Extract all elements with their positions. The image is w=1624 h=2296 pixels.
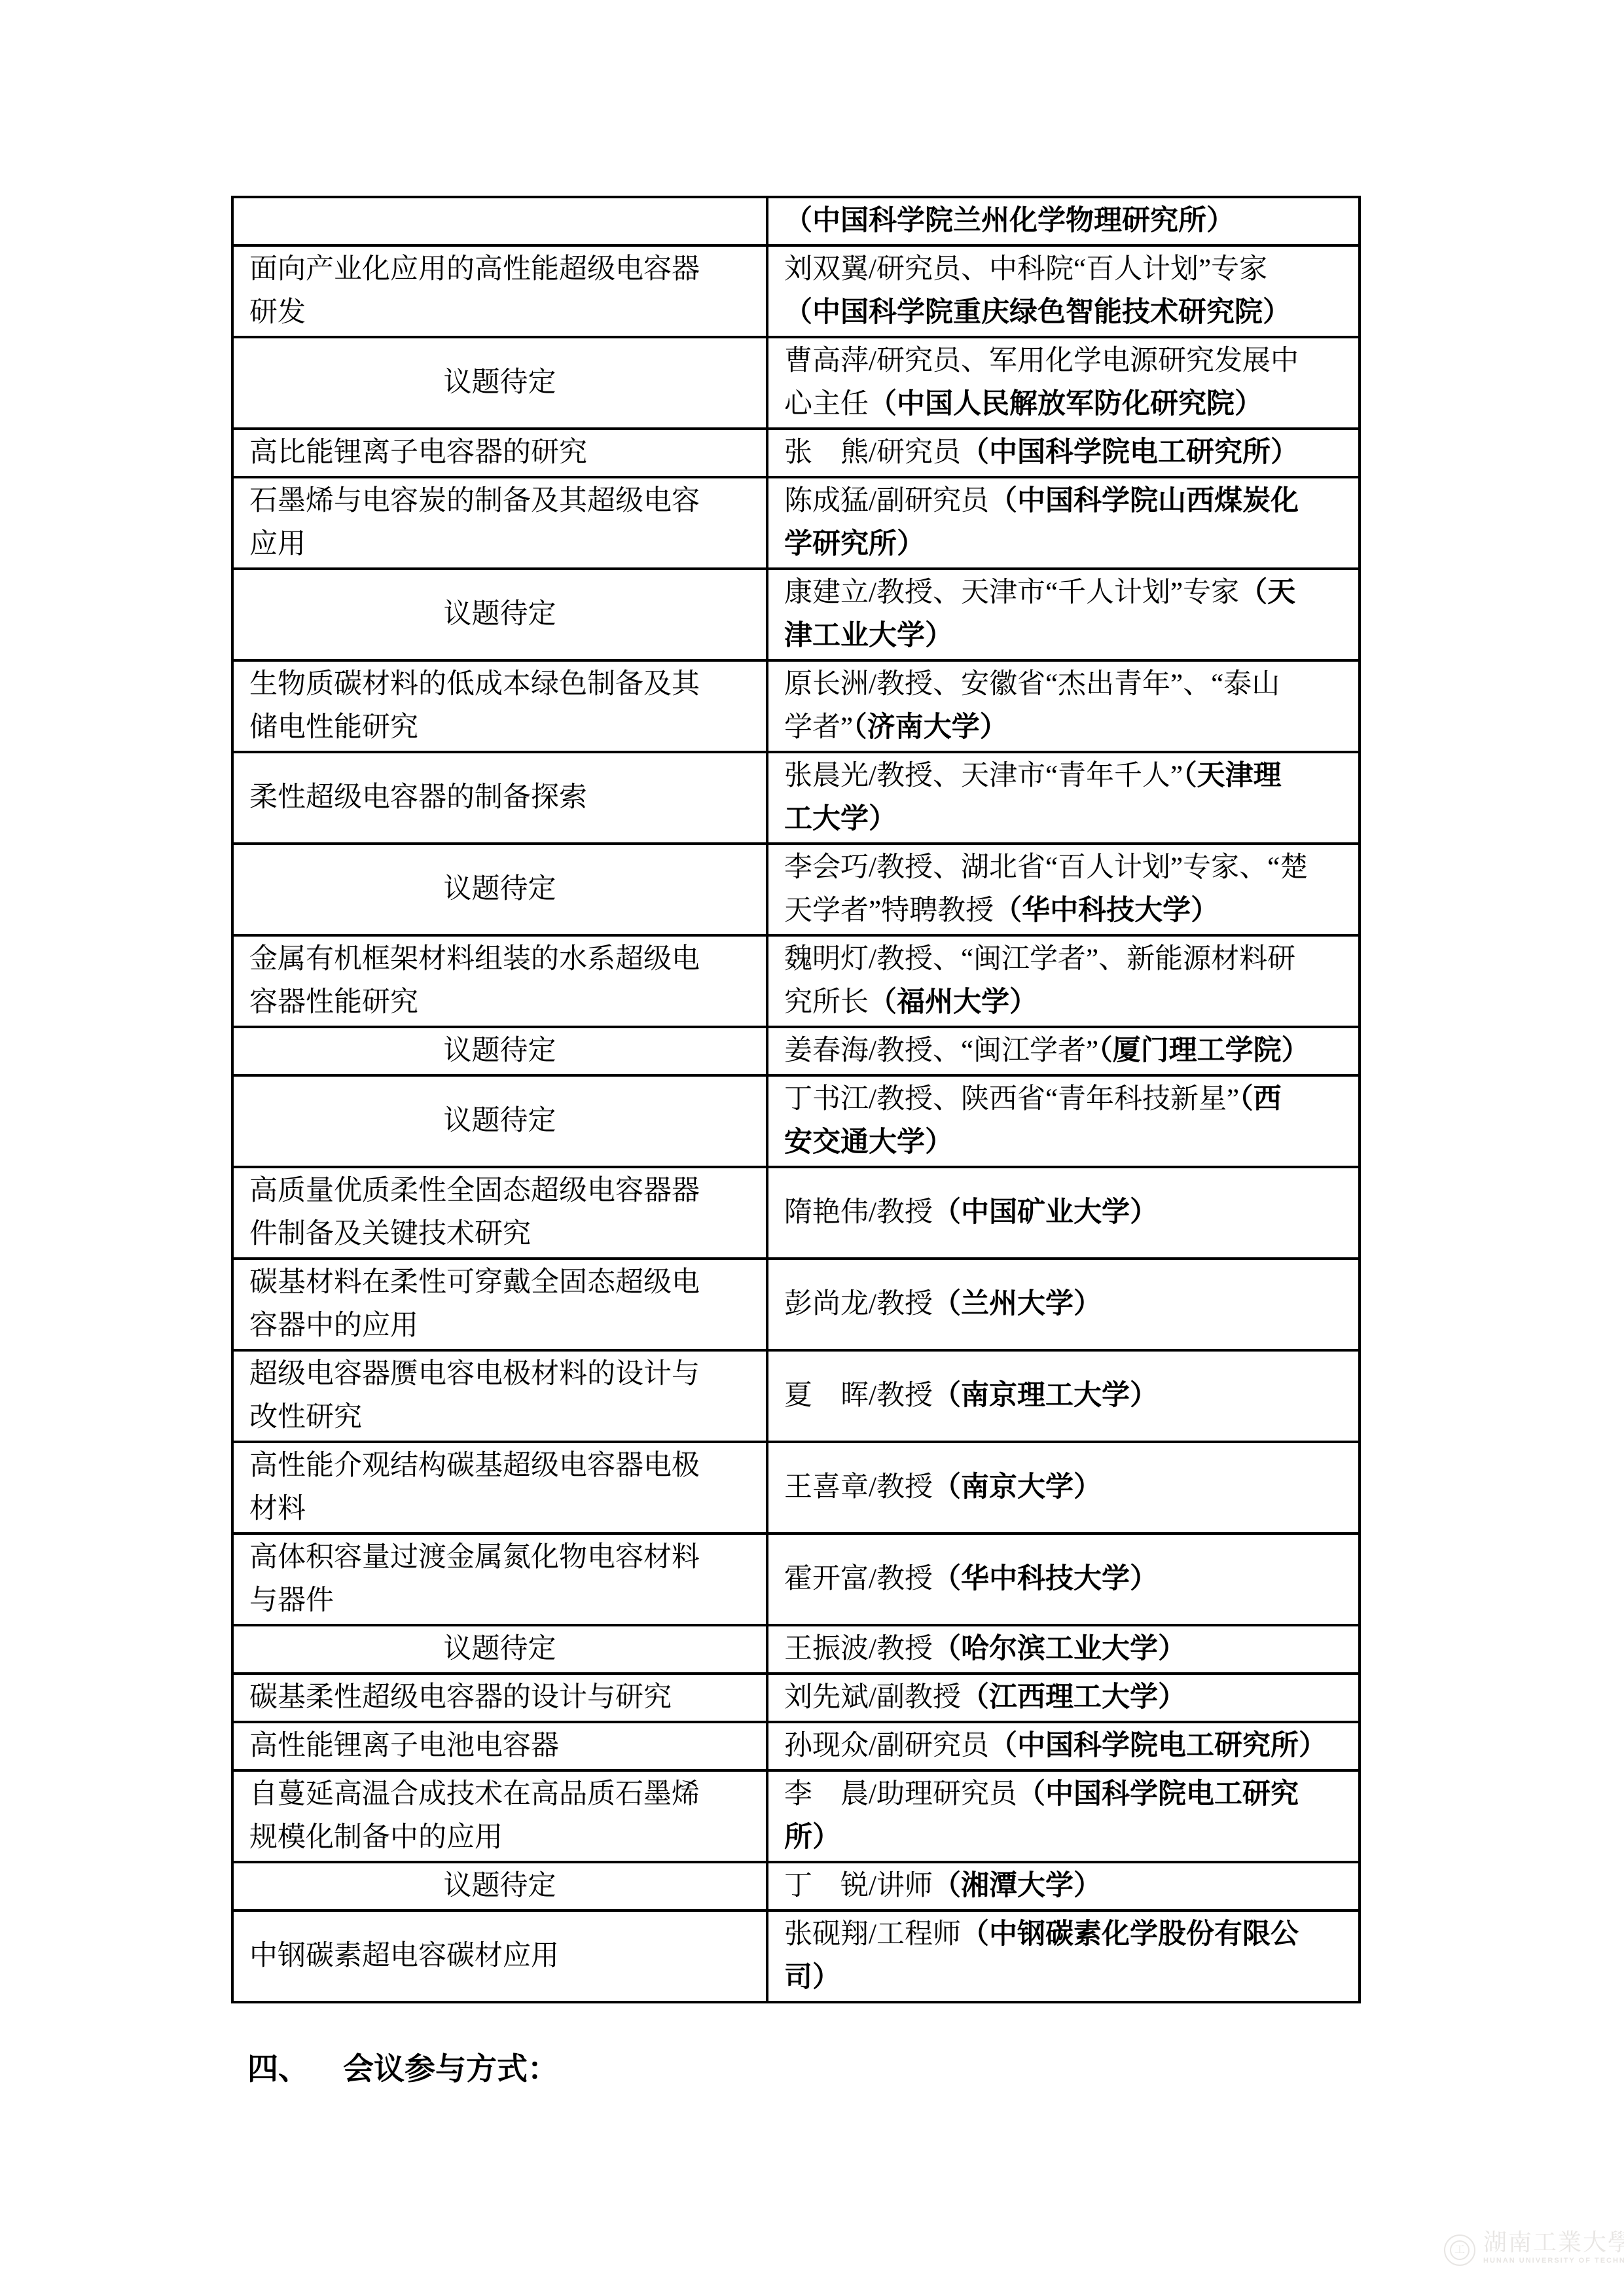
topic-cell <box>232 197 767 245</box>
speaker-institution-text: 司） <box>784 1962 840 1993</box>
speaker-name-text: 心主任 <box>784 389 869 420</box>
speaker-institution-text: （中国科学院电工研究所） <box>961 437 1299 468</box>
speaker-name-text: 王振波/教授 <box>784 1634 933 1664</box>
speaker-institution-text: （南京大学） <box>933 1472 1102 1503</box>
speaker-cell: 李会巧/教授、湖北省“百人计划”专家、“楚天学者”特聘教授（华中科技大学） <box>767 844 1360 935</box>
speaker-institution-text: （天津理 <box>1183 761 1282 791</box>
speaker-institution-text: （福州大学） <box>869 987 1038 1018</box>
speaker-institution-text: （济南大学） <box>853 712 1008 743</box>
speaker-cell: （中国科学院兰州化学物理研究所） <box>767 197 1360 245</box>
speaker-name-text: 隋艳伟/教授 <box>784 1197 933 1228</box>
speaker-name-text: 丁书江/教授、陕西省“青年科技新星” <box>784 1084 1239 1115</box>
speaker-institution-text: （兰州大学） <box>933 1289 1102 1319</box>
speaker-name-text: 李会巧/教授、湖北省“百人计划”专家、“楚 <box>784 852 1308 883</box>
table-row: 柔性超级电容器的制备探索张晨光/教授、天津市“青年千人”（天津理工大学） <box>232 752 1360 844</box>
speaker-institution-text: 安交通大学） <box>784 1127 953 1158</box>
speaker-cell: 彭尚龙/教授（兰州大学） <box>767 1259 1360 1350</box>
speaker-institution-text: （南京理工大学） <box>933 1380 1158 1411</box>
speaker-institution-text: （中国科学院兰州化学物理研究所） <box>784 206 1235 236</box>
speaker-institution-text: （中国科学院山西煤炭化 <box>989 486 1299 516</box>
speaker-name-text: 康建立/教授、天津市“千人计划”专家 <box>784 577 1239 608</box>
page: { "colors":{ "text":"#000000", "table_bo… <box>0 0 1624 2296</box>
speaker-name-text: 究所长 <box>784 987 869 1018</box>
topic-cell: 石墨烯与电容炭的制备及其超级电容应用 <box>232 477 767 569</box>
watermark-cn: 湖南工業大學 <box>1483 2228 1624 2257</box>
speaker-name-text: 天学者”特聘教授 <box>784 895 994 926</box>
speaker-cell: 孙现众/副研究员（中国科学院电工研究所） <box>767 1722 1360 1770</box>
speaker-institution-text: （中国科学院重庆绿色智能技术研究院） <box>784 297 1291 328</box>
speaker-cell: 张晨光/教授、天津市“青年千人”（天津理工大学） <box>767 752 1360 844</box>
speaker-institution-text: （湘潭大学） <box>933 1871 1102 1901</box>
table-row: 议题待定曹高萍/研究员、军用化学电源研究发展中心主任（中国人民解放军防化研究院） <box>232 337 1360 429</box>
speaker-cell: 李 晨/助理研究员（中国科学院电工研究所） <box>767 1770 1360 1862</box>
speaker-cell: 张 熊/研究员（中国科学院电工研究所） <box>767 429 1360 477</box>
speaker-name-text: 刘先斌/副教授 <box>784 1682 961 1713</box>
speaker-name-text: 学者” <box>784 712 853 743</box>
table-row: 生物质碳材料的低成本绿色制备及其储电性能研究原长洲/教授、安徽省“杰出青年”、“… <box>232 660 1360 752</box>
speaker-cell: 陈成猛/副研究员（中国科学院山西煤炭化学研究所） <box>767 477 1360 569</box>
section-heading: 四、会议参与方式： <box>247 2051 558 2088</box>
speaker-cell: 刘双翼/研究员、中科院“百人计划”专家（中国科学院重庆绿色智能技术研究院） <box>767 245 1360 337</box>
topic-cell: 议题待定 <box>232 1625 767 1674</box>
agenda-table-body: （中国科学院兰州化学物理研究所）面向产业化应用的高性能超级电容器研发刘双翼/研究… <box>232 197 1360 2002</box>
speaker-institution-text: （华中科技大学） <box>994 895 1219 926</box>
table-row: 超级电容器赝电容电极材料的设计与改性研究夏 晖/教授（南京理工大学） <box>232 1350 1360 1442</box>
table-row: 议题待定姜春海/教授、“闽江学者”（厦门理工学院） <box>232 1027 1360 1075</box>
watermark-text: 湖南工業大學 HUNAN UNIVERSITY OF TECHNOLOGY <box>1483 2228 1624 2265</box>
speaker-name-text: 霍开富/教授 <box>784 1564 933 1594</box>
speaker-institution-text: （江西理工大学） <box>961 1682 1186 1713</box>
topic-cell: 议题待定 <box>232 569 767 660</box>
table-row: 高性能介观结构碳基超级电容器电极材料王喜章/教授（南京大学） <box>232 1442 1360 1534</box>
watermark-en: HUNAN UNIVERSITY OF TECHNOLOGY <box>1483 2257 1624 2265</box>
watermark: 工 湖南工業大學 HUNAN UNIVERSITY OF TECHNOLOGY <box>1444 2228 1624 2266</box>
table-row: 金属有机框架材料组装的水系超级电容器性能研究魏明灯/教授、“闽江学者”、新能源材… <box>232 935 1360 1027</box>
speaker-name-text: 孙现众/副研究员 <box>784 1731 989 1761</box>
topic-cell: 高质量优质柔性全固态超级电容器器件制备及关键技术研究 <box>232 1167 767 1259</box>
speaker-cell: 丁 锐/讲师（湘潭大学） <box>767 1862 1360 1910</box>
speaker-name-text: 李 晨/助理研究员 <box>784 1779 1017 1810</box>
speaker-cell: 魏明灯/教授、“闽江学者”、新能源材料研究所长（福州大学） <box>767 935 1360 1027</box>
table-row: 自蔓延高温合成技术在高品质石墨烯规模化制备中的应用李 晨/助理研究员（中国科学院… <box>232 1770 1360 1862</box>
seal-glyph: 工 <box>1445 2236 1474 2265</box>
speaker-name-text: 张 熊/研究员 <box>784 437 961 468</box>
topic-cell: 高体积容量过渡金属氮化物电容材料与器件 <box>232 1534 767 1625</box>
speaker-cell: 张砚翔/工程师（中钢碳素化学股份有限公司） <box>767 1910 1360 2002</box>
topic-cell: 碳基柔性超级电容器的设计与研究 <box>232 1674 767 1722</box>
topic-cell: 超级电容器赝电容电极材料的设计与改性研究 <box>232 1350 767 1442</box>
speaker-name-text: 魏明灯/教授、“闽江学者”、新能源材料研 <box>784 944 1295 975</box>
speaker-name-text: 姜春海/教授、“闽江学者” <box>784 1035 1098 1066</box>
table-row: （中国科学院兰州化学物理研究所） <box>232 197 1360 245</box>
speaker-institution-text: （西 <box>1239 1084 1282 1115</box>
speaker-name-text: 刘双翼/研究员、中科院“百人计划”专家 <box>784 254 1267 285</box>
speaker-name-text: 张砚翔/工程师 <box>784 1919 961 1950</box>
table-row: 高质量优质柔性全固态超级电容器器件制备及关键技术研究隋艳伟/教授（中国矿业大学） <box>232 1167 1360 1259</box>
speaker-institution-text: （中钢碳素化学股份有限公 <box>961 1919 1299 1950</box>
topic-cell: 议题待定 <box>232 1075 767 1167</box>
heading-title: 会议参与方式： <box>343 2053 558 2087</box>
speaker-cell: 原长洲/教授、安徽省“杰出青年”、“泰山学者”（济南大学） <box>767 660 1360 752</box>
speaker-institution-text: （厦门理工学院） <box>1098 1035 1310 1066</box>
topic-cell: 高性能介观结构碳基超级电容器电极材料 <box>232 1442 767 1534</box>
speaker-institution-text: （中国科学院电工研究所） <box>989 1731 1327 1761</box>
speaker-cell: 王振波/教授（哈尔滨工业大学） <box>767 1625 1360 1674</box>
speaker-name-text: 王喜章/教授 <box>784 1472 933 1503</box>
table-row: 议题待定李会巧/教授、湖北省“百人计划”专家、“楚天学者”特聘教授（华中科技大学… <box>232 844 1360 935</box>
speaker-name-text: 陈成猛/副研究员 <box>784 486 989 516</box>
table-row: 碳基材料在柔性可穿戴全固态超级电容器中的应用彭尚龙/教授（兰州大学） <box>232 1259 1360 1350</box>
topic-cell: 中钢碳素超电容碳材应用 <box>232 1910 767 2002</box>
speaker-cell: 王喜章/教授（南京大学） <box>767 1442 1360 1534</box>
table-row: 高体积容量过渡金属氮化物电容材料与器件霍开富/教授（华中科技大学） <box>232 1534 1360 1625</box>
speaker-cell: 刘先斌/副教授（江西理工大学） <box>767 1674 1360 1722</box>
table-row: 议题待定王振波/教授（哈尔滨工业大学） <box>232 1625 1360 1674</box>
table-row: 高性能锂离子电池电容器孙现众/副研究员（中国科学院电工研究所） <box>232 1722 1360 1770</box>
speaker-name-text: 曹高萍/研究员、军用化学电源研究发展中 <box>784 346 1299 376</box>
speaker-institution-text: （中国科学院电工研究 <box>1017 1779 1299 1810</box>
speaker-name-text: 丁 锐/讲师 <box>784 1871 933 1901</box>
university-seal-icon: 工 <box>1444 2234 1475 2266</box>
speaker-cell: 姜春海/教授、“闽江学者”（厦门理工学院） <box>767 1027 1360 1075</box>
table-row: 面向产业化应用的高性能超级电容器研发刘双翼/研究员、中科院“百人计划”专家（中国… <box>232 245 1360 337</box>
topic-cell: 议题待定 <box>232 1027 767 1075</box>
table-row: 议题待定丁书江/教授、陕西省“青年科技新星”（西安交通大学） <box>232 1075 1360 1167</box>
speaker-institution-text: （天 <box>1239 577 1295 608</box>
topic-cell: 柔性超级电容器的制备探索 <box>232 752 767 844</box>
speaker-name-text: 张晨光/教授、天津市“青年千人” <box>784 761 1183 791</box>
speaker-name-text: 原长洲/教授、安徽省“杰出青年”、“泰山 <box>784 669 1280 700</box>
table-row: 议题待定丁 锐/讲师（湘潭大学） <box>232 1862 1360 1910</box>
speaker-cell: 隋艳伟/教授（中国矿业大学） <box>767 1167 1360 1259</box>
speaker-institution-text: （华中科技大学） <box>933 1564 1158 1594</box>
speaker-institution-text: 工大学） <box>784 804 897 834</box>
heading-number: 四、 <box>247 2053 309 2087</box>
speaker-name-text: 夏 晖/教授 <box>784 1380 933 1411</box>
speaker-institution-text: 所） <box>784 1822 840 1853</box>
topic-cell: 议题待定 <box>232 337 767 429</box>
topic-cell: 金属有机框架材料组装的水系超级电容器性能研究 <box>232 935 767 1027</box>
speaker-institution-text: （中国人民解放军防化研究院） <box>869 389 1263 420</box>
topic-cell: 议题待定 <box>232 1862 767 1910</box>
speaker-institution-text: （中国矿业大学） <box>933 1197 1158 1228</box>
speaker-institution-text: 津工业大学） <box>784 620 953 651</box>
table-row: 碳基柔性超级电容器的设计与研究刘先斌/副教授（江西理工大学） <box>232 1674 1360 1722</box>
topic-cell: 碳基材料在柔性可穿戴全固态超级电容器中的应用 <box>232 1259 767 1350</box>
speaker-cell: 丁书江/教授、陕西省“青年科技新星”（西安交通大学） <box>767 1075 1360 1167</box>
topic-cell: 高性能锂离子电池电容器 <box>232 1722 767 1770</box>
topic-cell: 面向产业化应用的高性能超级电容器研发 <box>232 245 767 337</box>
speaker-cell: 曹高萍/研究员、军用化学电源研究发展中心主任（中国人民解放军防化研究院） <box>767 337 1360 429</box>
topic-cell: 生物质碳材料的低成本绿色制备及其储电性能研究 <box>232 660 767 752</box>
speaker-name-text: 彭尚龙/教授 <box>784 1289 933 1319</box>
speaker-cell: 霍开富/教授（华中科技大学） <box>767 1534 1360 1625</box>
speaker-cell: 夏 晖/教授（南京理工大学） <box>767 1350 1360 1442</box>
table-row: 石墨烯与电容炭的制备及其超级电容应用陈成猛/副研究员（中国科学院山西煤炭化学研究… <box>232 477 1360 569</box>
table-row: 高比能锂离子电容器的研究张 熊/研究员（中国科学院电工研究所） <box>232 429 1360 477</box>
speaker-institution-text: 学研究所） <box>784 529 925 560</box>
topic-cell: 自蔓延高温合成技术在高品质石墨烯规模化制备中的应用 <box>232 1770 767 1862</box>
topic-cell: 高比能锂离子电容器的研究 <box>232 429 767 477</box>
speaker-cell: 康建立/教授、天津市“千人计划”专家（天津工业大学） <box>767 569 1360 660</box>
topic-cell: 议题待定 <box>232 844 767 935</box>
agenda-table: （中国科学院兰州化学物理研究所）面向产业化应用的高性能超级电容器研发刘双翼/研究… <box>231 196 1361 2003</box>
table-row: 议题待定康建立/教授、天津市“千人计划”专家（天津工业大学） <box>232 569 1360 660</box>
table-row: 中钢碳素超电容碳材应用张砚翔/工程师（中钢碳素化学股份有限公司） <box>232 1910 1360 2002</box>
speaker-institution-text: （哈尔滨工业大学） <box>933 1634 1186 1664</box>
